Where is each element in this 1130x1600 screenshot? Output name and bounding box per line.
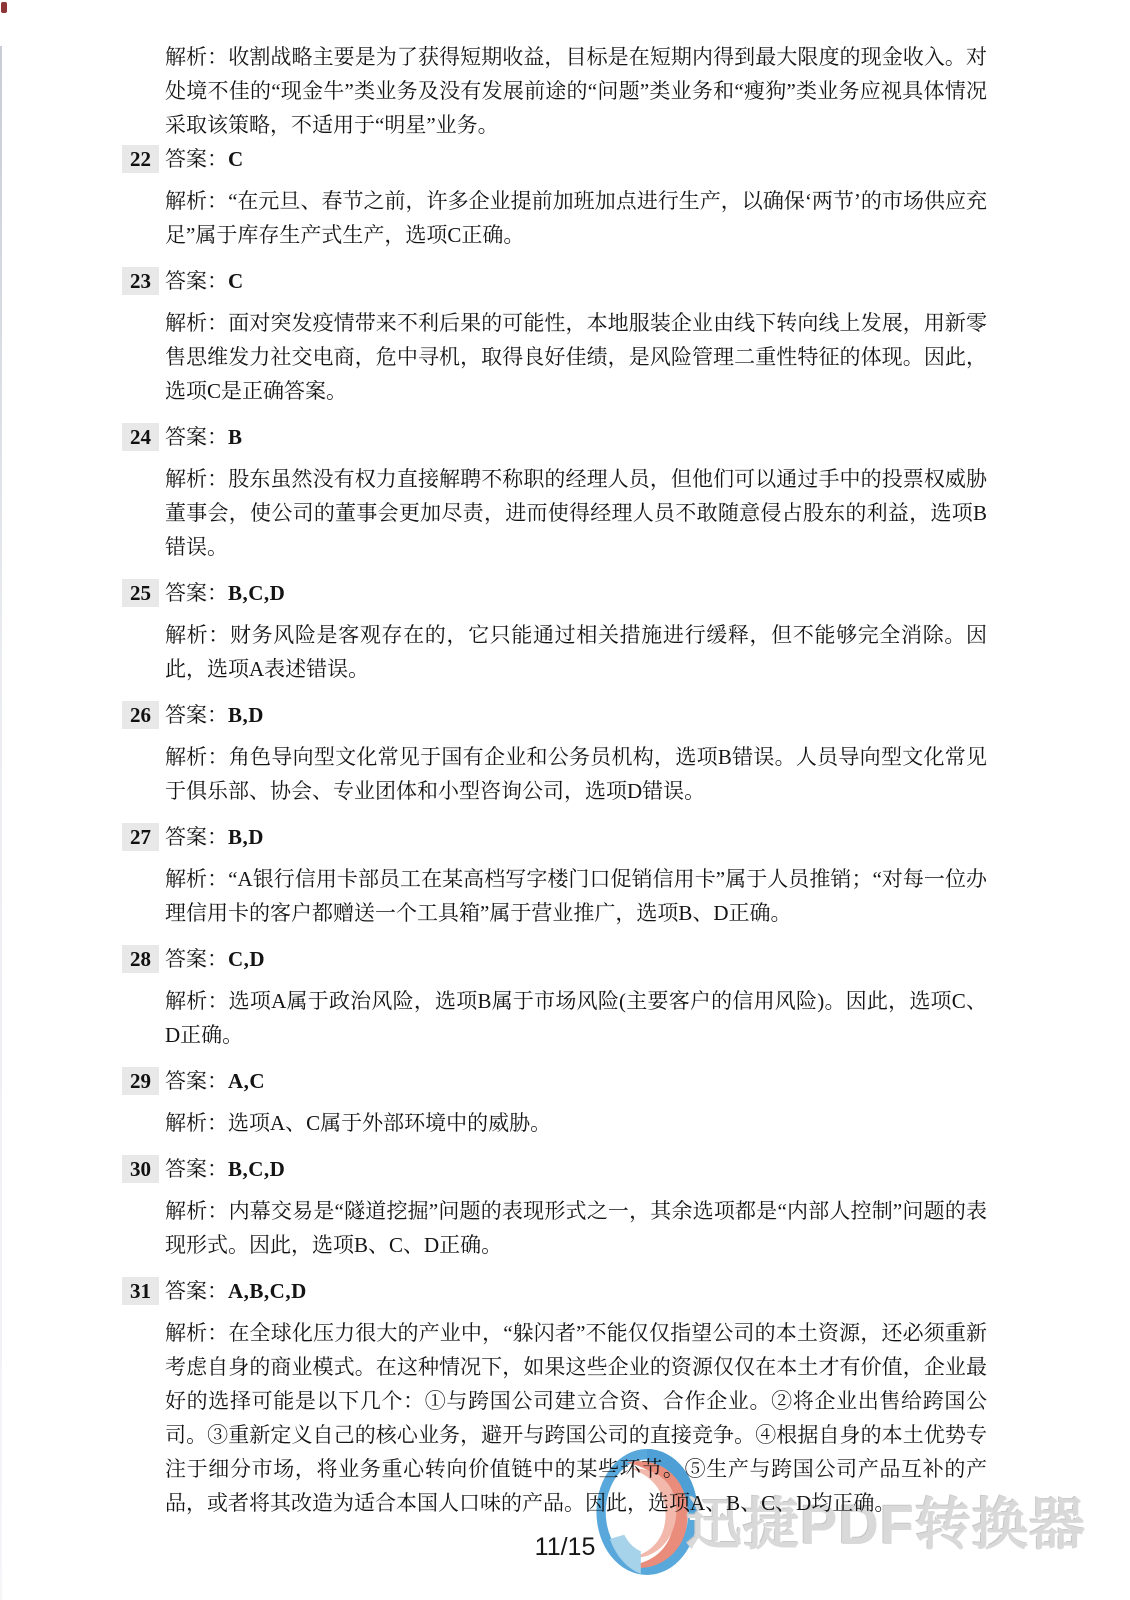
analysis-label: 解析： xyxy=(165,45,228,69)
page-number: 11/15 xyxy=(0,1533,1130,1562)
answer-label: 答案： xyxy=(165,703,228,727)
answer-value: A,C xyxy=(228,1069,265,1093)
analysis-text: 面对突发疫情带来不利后果的可能性，本地服装企业由线下转向线上发展，用新零售思维发… xyxy=(165,311,987,403)
answer-row: 27答案：B,D xyxy=(165,820,987,854)
answer-row: 23答案：C xyxy=(165,264,987,298)
answer-row: 26答案：B,D xyxy=(165,698,987,732)
answer-row: 30答案：B,C,D xyxy=(165,1152,987,1186)
analysis-label: 解析： xyxy=(165,745,229,769)
answer-value: C xyxy=(228,269,244,293)
analysis-text: “A银行信用卡部员工在某高档写字楼门口促销信用卡”属于人员推销；“对每一位办理信… xyxy=(165,867,987,925)
answer-label: 答案： xyxy=(165,947,228,971)
question-number-badge: 24 xyxy=(122,423,159,451)
analysis-paragraph: 解析：选项A属于政治风险，选项B属于市场风险(主要客户的信用风险)。因此，选项C… xyxy=(165,984,987,1052)
answer-row: 22答案：C xyxy=(165,142,987,176)
analysis-text: 在全球化压力很大的产业中，“躲闪者”不能仅仅指望公司的本土资源，还必须重新考虑自… xyxy=(165,1321,987,1515)
question-number-badge: 22 xyxy=(122,145,159,173)
answer-label: 答案： xyxy=(165,825,228,849)
analysis-text: 角色导向型文化常见于国有企业和公务员机构，选项B错误。人员导向型文化常见于俱乐部… xyxy=(165,745,987,803)
answer-label: 答案： xyxy=(165,1279,228,1303)
answer-label: 答案： xyxy=(165,581,228,605)
answer-item: 23答案：C 解析：面对突发疫情带来不利后果的可能性，本地服装企业由线下转向线上… xyxy=(165,264,987,408)
analysis-text: 内幕交易是“隧道挖掘”问题的表现形式之一，其余选项都是“内部人控制”问题的表现形… xyxy=(165,1199,987,1257)
answer-value: B,C,D xyxy=(228,1157,285,1181)
answer-label: 答案： xyxy=(165,147,228,171)
analysis-text: 股东虽然没有权力直接解聘不称职的经理人员，但他们可以通过手中的投票权威胁董事会，… xyxy=(165,467,987,559)
analysis-label: 解析： xyxy=(165,1199,229,1223)
analysis-label: 解析： xyxy=(165,867,228,891)
analysis-paragraph: 解析：“在元旦、春节之前，许多企业提前加班加点进行生产，以确保‘两节’的市场供应… xyxy=(165,184,987,252)
analysis-text: 财务风险是客观存在的，它只能通过相关措施进行缓释，但不能够完全消除。因此，选项A… xyxy=(165,623,987,681)
answer-label: 答案： xyxy=(165,1069,228,1093)
answer-value: C,D xyxy=(228,947,265,971)
answer-value: C xyxy=(228,147,244,171)
answer-label: 答案： xyxy=(165,269,228,293)
analysis-paragraph: 解析：收割战略主要是为了获得短期收益，目标是在短期内得到最大限度的现金收入。对处… xyxy=(165,40,987,142)
answer-value: A,B,C,D xyxy=(228,1279,307,1303)
question-number-badge: 29 xyxy=(122,1067,159,1095)
question-number-badge: 31 xyxy=(122,1277,159,1305)
answer-label: 答案： xyxy=(165,1157,228,1181)
answer-item: 26答案：B,D 解析：角色导向型文化常见于国有企业和公务员机构，选项B错误。人… xyxy=(165,698,987,808)
answer-row: 31答案：A,B,C,D xyxy=(165,1274,987,1308)
answer-row: 28答案：C,D xyxy=(165,942,987,976)
corner-mark xyxy=(1,2,7,13)
answer-item: 29答案：A,C 解析：选项A、C属于外部环境中的威胁。 xyxy=(165,1064,987,1140)
answer-item: 24答案：B 解析：股东虽然没有权力直接解聘不称职的经理人员，但他们可以通过手中… xyxy=(165,420,987,564)
answer-row: 29答案：A,C xyxy=(165,1064,987,1098)
analysis-label: 解析： xyxy=(165,1111,228,1135)
answer-label: 答案： xyxy=(165,425,228,449)
analysis-text: “在元旦、春节之前，许多企业提前加班加点进行生产，以确保‘两节’的市场供应充足”… xyxy=(165,189,987,247)
answer-value: B,D xyxy=(228,703,264,727)
question-number-badge: 30 xyxy=(122,1155,159,1183)
analysis-paragraph: 解析：面对突发疫情带来不利后果的可能性，本地服装企业由线下转向线上发展，用新零售… xyxy=(165,306,987,408)
analysis-label: 解析： xyxy=(165,989,229,1013)
analysis-label: 解析： xyxy=(165,623,230,647)
analysis-text: 收割战略主要是为了获得短期收益，目标是在短期内得到最大限度的现金收入。对处境不佳… xyxy=(165,45,987,137)
answer-item: 28答案：C,D 解析：选项A属于政治风险，选项B属于市场风险(主要客户的信用风… xyxy=(165,942,987,1052)
question-number-badge: 25 xyxy=(122,579,159,607)
analysis-label: 解析： xyxy=(165,1321,228,1345)
analysis-text: 选项A、C属于外部环境中的威胁。 xyxy=(228,1111,551,1135)
analysis-paragraph: 解析：财务风险是客观存在的，它只能通过相关措施进行缓释，但不能够完全消除。因此，… xyxy=(165,618,987,686)
answer-item: 27答案：B,D 解析：“A银行信用卡部员工在某高档写字楼门口促销信用卡”属于人… xyxy=(165,820,987,930)
question-number-badge: 27 xyxy=(122,823,159,851)
answer-item: 31答案：A,B,C,D 解析：在全球化压力很大的产业中，“躲闪者”不能仅仅指望… xyxy=(165,1274,987,1520)
answer-item: 25答案：B,C,D 解析：财务风险是客观存在的，它只能通过相关措施进行缓释，但… xyxy=(165,576,987,686)
answer-value: B,D xyxy=(228,825,264,849)
answer-row: 24答案：B xyxy=(165,420,987,454)
analysis-paragraph: 解析：在全球化压力很大的产业中，“躲闪者”不能仅仅指望公司的本土资源，还必须重新… xyxy=(165,1316,987,1520)
analysis-label: 解析： xyxy=(165,467,228,491)
answer-value: B xyxy=(228,425,243,449)
answer-item: 30答案：B,C,D 解析：内幕交易是“隧道挖掘”问题的表现形式之一，其余选项都… xyxy=(165,1152,987,1262)
analysis-paragraph: 解析：角色导向型文化常见于国有企业和公务员机构，选项B错误。人员导向型文化常见于… xyxy=(165,740,987,808)
analysis-paragraph: 解析：选项A、C属于外部环境中的威胁。 xyxy=(165,1106,987,1140)
question-number-badge: 23 xyxy=(122,267,159,295)
analysis-paragraph: 解析：“A银行信用卡部员工在某高档写字楼门口促销信用卡”属于人员推销；“对每一位… xyxy=(165,862,987,930)
analysis-label: 解析： xyxy=(165,189,228,213)
document-page: 解析：收割战略主要是为了获得短期收益，目标是在短期内得到最大限度的现金收入。对处… xyxy=(0,0,987,1520)
question-number-badge: 28 xyxy=(122,945,159,973)
answer-value: B,C,D xyxy=(228,581,285,605)
analysis-label: 解析： xyxy=(165,311,228,335)
analysis-paragraph: 解析：股东虽然没有权力直接解聘不称职的经理人员，但他们可以通过手中的投票权威胁董… xyxy=(165,462,987,564)
answer-row: 25答案：B,C,D xyxy=(165,576,987,610)
analysis-text: 选项A属于政治风险，选项B属于市场风险(主要客户的信用风险)。因此，选项C、D正… xyxy=(165,989,987,1047)
question-number-badge: 26 xyxy=(122,701,159,729)
analysis-paragraph: 解析：内幕交易是“隧道挖掘”问题的表现形式之一，其余选项都是“内部人控制”问题的… xyxy=(165,1194,987,1262)
answer-item: 22答案：C 解析：“在元旦、春节之前，许多企业提前加班加点进行生产，以确保‘两… xyxy=(165,142,987,252)
